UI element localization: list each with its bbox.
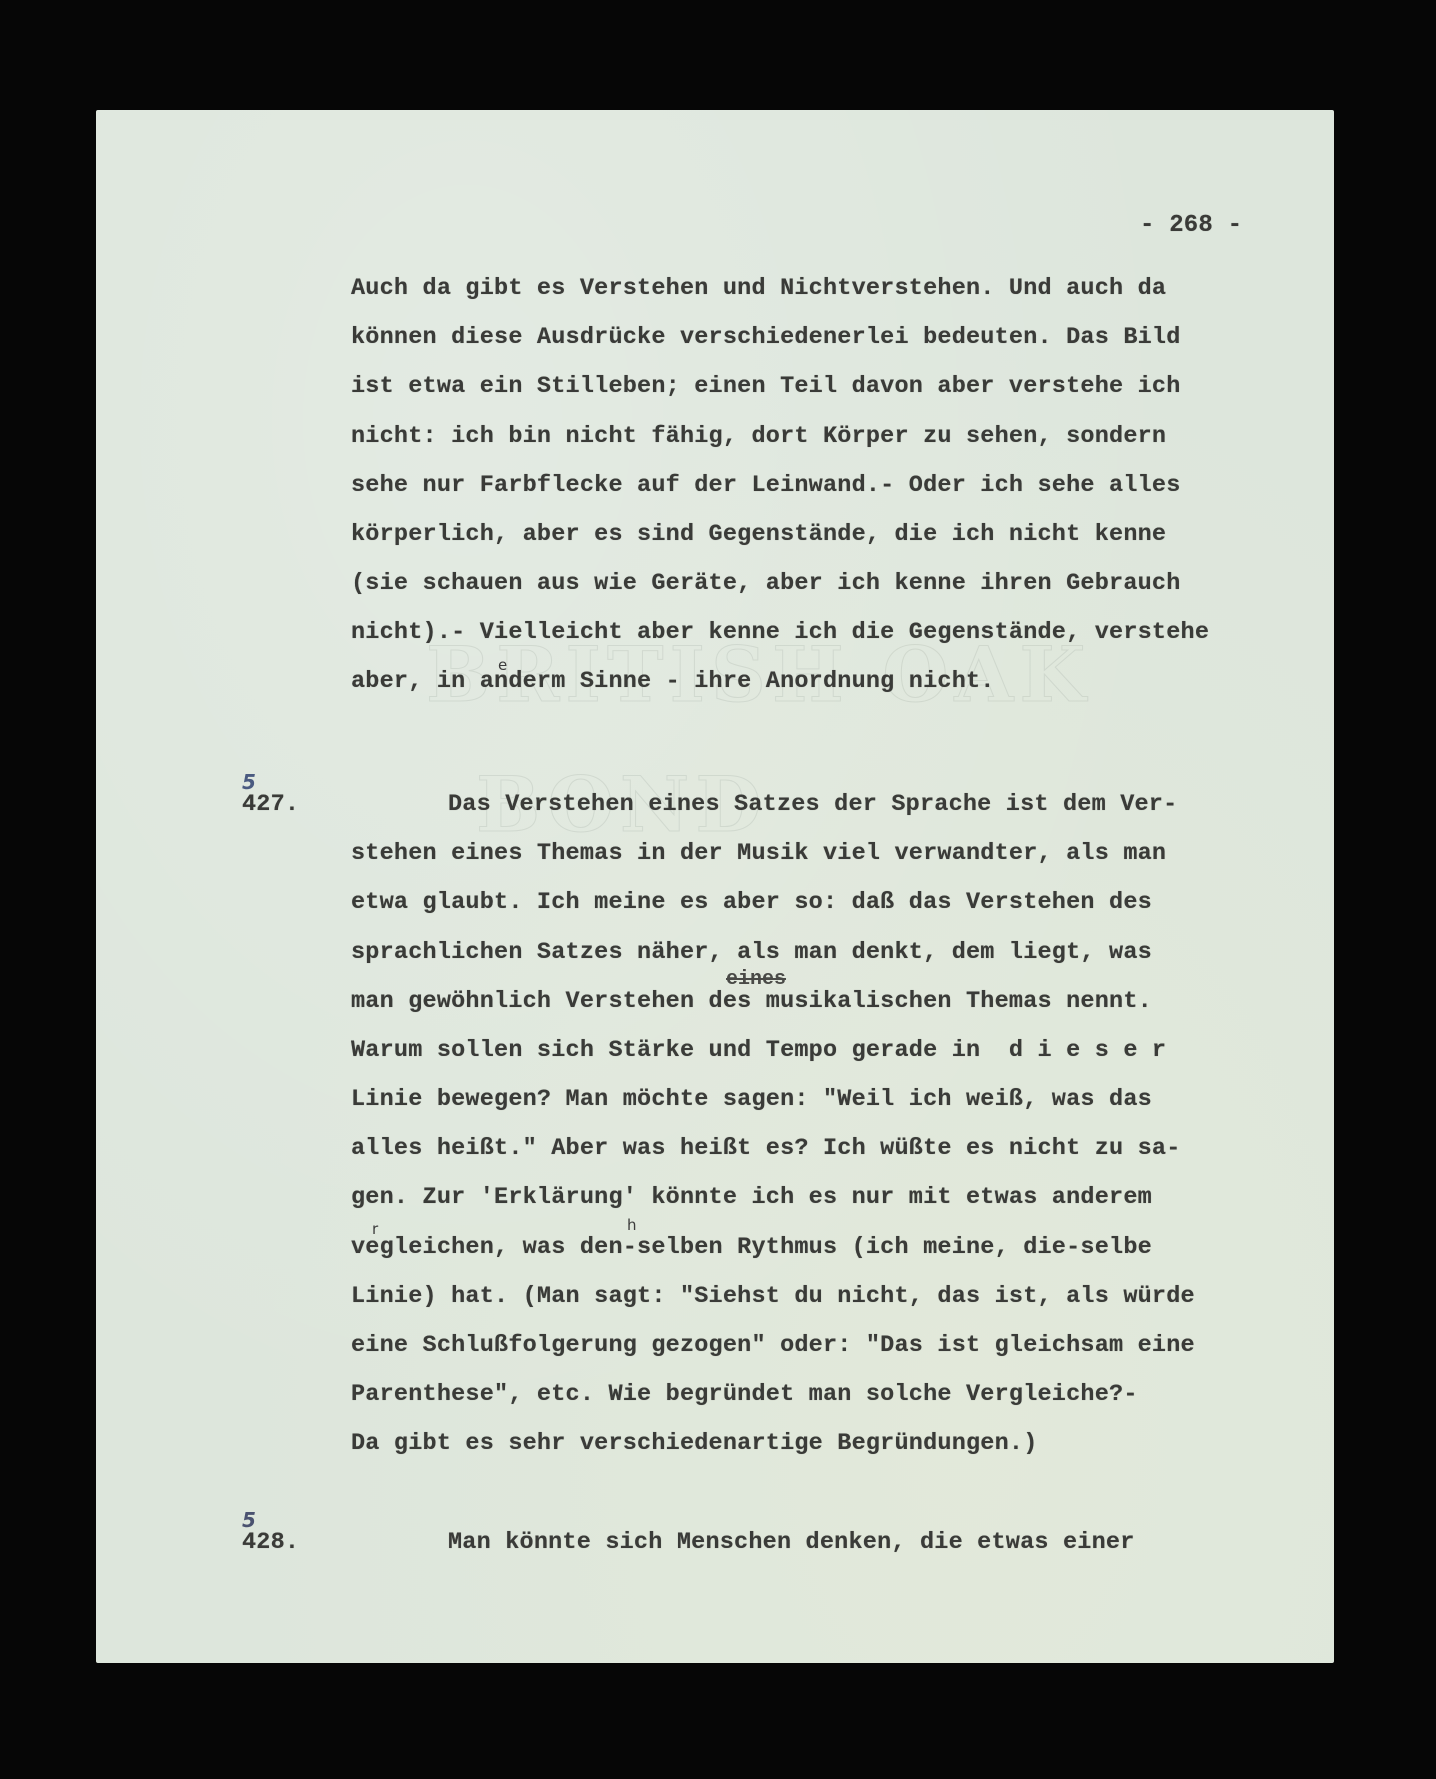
section-number: 428. — [242, 1529, 299, 1556]
text-line: Auch da gibt es Verstehen und Nichtverst… — [351, 275, 1166, 302]
text-line: sehe nur Farbflecke auf der Leinwand.- O… — [351, 472, 1181, 499]
text-line: vegleichen, was den-selben Rythmus (ich … — [351, 1234, 1152, 1261]
section-number: 427. — [242, 791, 299, 818]
text-line: Linie bewegen? Man möchte sagen: "Weil i… — [351, 1086, 1152, 1113]
text-line: Man könnte sich Menschen denken, die etw… — [448, 1529, 1135, 1556]
typescript-page: BRITISH OAK BOND - 268 - Auch da gibt es… — [96, 110, 1334, 1663]
text-line: sprachlichen Satzes näher, als man denkt… — [351, 939, 1152, 966]
text-line: nicht: ich bin nicht fähig, dort Körper … — [351, 423, 1166, 450]
text-line: man gewöhnlich Verstehen des musikalisch… — [351, 988, 1152, 1015]
text-line: Warum sollen sich Stärke und Tempo gerad… — [351, 1037, 1166, 1064]
text-line: können diese Ausdrücke verschiedenerlei … — [351, 324, 1181, 351]
text-line: nicht).- Vielleicht aber kenne ich die G… — [351, 619, 1209, 646]
text-line: körperlich, aber es sind Gegenstände, di… — [351, 521, 1166, 548]
text-line: gen. Zur 'Erklärung' könnte ich es nur m… — [351, 1184, 1152, 1211]
text-line: eine Schlußfolgerung gezogen" oder: "Das… — [351, 1332, 1195, 1359]
handwritten-insertion: h — [627, 1216, 637, 1234]
text-line: etwa glaubt. Ich meine es aber so: daß d… — [351, 889, 1152, 916]
text-line: Parenthese", etc. Wie begründet man solc… — [351, 1381, 1138, 1408]
page-number: - 268 - — [1140, 212, 1242, 239]
text-line: Linie) hat. (Man sagt: "Siehst du nicht,… — [351, 1283, 1195, 1310]
scanned-page-background: BRITISH OAK BOND - 268 - Auch da gibt es… — [0, 0, 1436, 1779]
text-line: Das Verstehen eines Satzes der Sprache i… — [448, 791, 1177, 818]
text-line: (sie schauen aus wie Geräte, aber ich ke… — [351, 570, 1181, 597]
text-line: Da gibt es sehr verschiedenartige Begrün… — [351, 1430, 1038, 1457]
text-line: ist etwa ein Stilleben; einen Teil davon… — [351, 373, 1181, 400]
text-line: stehen eines Themas in der Musik viel ve… — [351, 840, 1166, 867]
text-line: aber, in anderm Sinne - ihre Anordnung n… — [351, 668, 995, 695]
text-line: alles heißt." Aber was heißt es? Ich wüß… — [351, 1135, 1181, 1162]
